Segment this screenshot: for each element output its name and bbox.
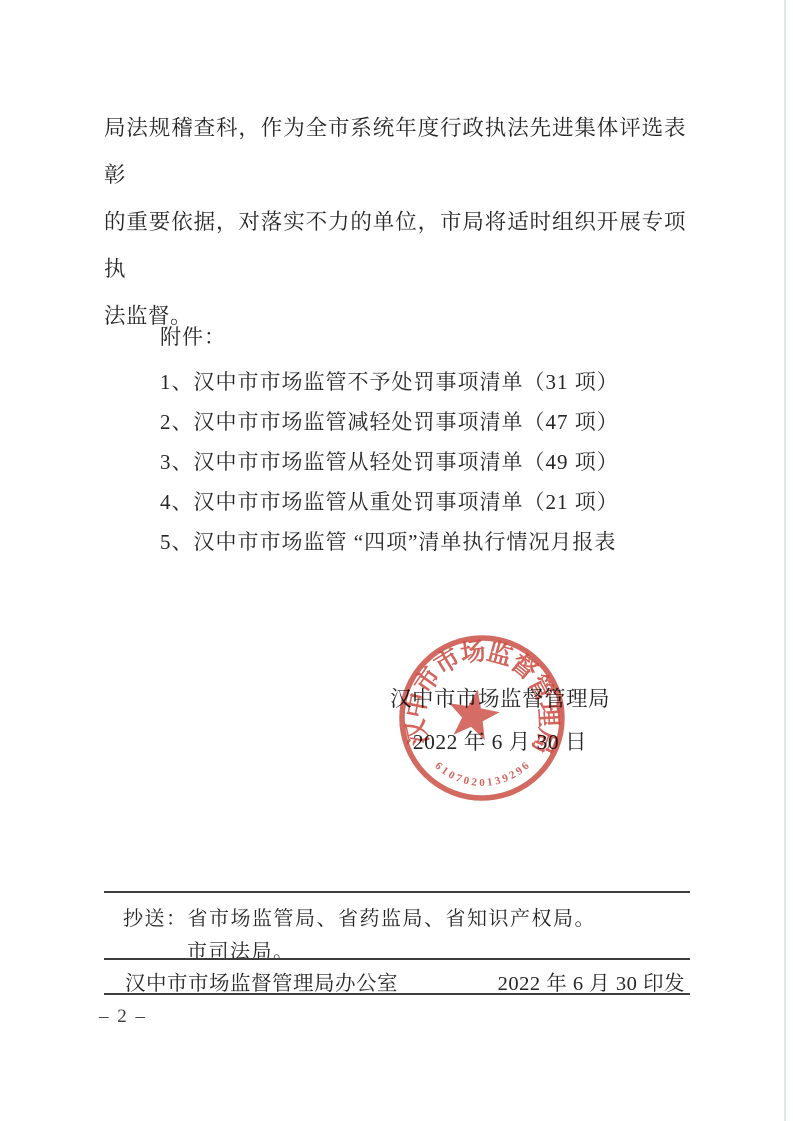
seal-star-icon — [449, 689, 500, 740]
seal-serial-holder: 6107020139296 — [432, 760, 532, 789]
document-page: 局法规稽查科，作为全市系统年度行政执法先进集体评选表彰 的重要依据，对落实不力的… — [0, 0, 793, 1121]
footer-rule-bottom — [104, 993, 690, 995]
footer-rule-middle — [104, 958, 690, 960]
official-seal: 汉中市市场监督管理局 6107020139296 — [393, 630, 571, 802]
page-number: – 2 – — [99, 1006, 147, 1028]
attachment-item: 2、汉中市市场监管减轻处罚事项清单（47 项） — [160, 402, 720, 442]
attachment-item: 3、汉中市市场监管从轻处罚事项清单（49 项） — [160, 442, 720, 482]
attachment-item: 1、汉中市市场监管不予处罚事项清单（31 项） — [160, 362, 720, 402]
footer-rule-top — [104, 891, 690, 893]
attachments-list: 附件： 1、汉中市市场监管不予处罚事项清单（31 项） 2、汉中市市场监管减轻处… — [160, 322, 720, 562]
cc-line-1: 抄送：省市场监管局、省药监局、省知识产权局。 — [123, 902, 596, 931]
attachments-label: 附件： — [160, 322, 720, 362]
seal-ring-text: 汉中市市场监督管理局 — [401, 637, 563, 758]
seal-serial-number: 6107020139296 — [432, 760, 532, 789]
body-paragraph: 局法规稽查科，作为全市系统年度行政执法先进集体评选表彰 的重要依据，对落实不力的… — [104, 105, 686, 340]
seal-ring-text-holder: 汉中市市场监督管理局 — [401, 637, 563, 758]
body-line: 局法规稽查科，作为全市系统年度行政执法先进集体评选表彰 — [104, 105, 686, 199]
attachment-item: 4、汉中市市场监管从重处罚事项清单（21 项） — [160, 482, 720, 522]
body-line: 的重要依据，对落实不力的单位，市局将适时组织开展专项执 — [104, 199, 686, 293]
attachment-item: 5、汉中市市场监管 “四项”清单执行情况月报表 — [160, 522, 720, 562]
print-date: 2022 年 6 月 30 印发 — [498, 966, 685, 996]
scan-edge-line — [784, 0, 786, 1121]
issuing-office: 汉中市市场监督管理局办公室 — [125, 966, 398, 996]
